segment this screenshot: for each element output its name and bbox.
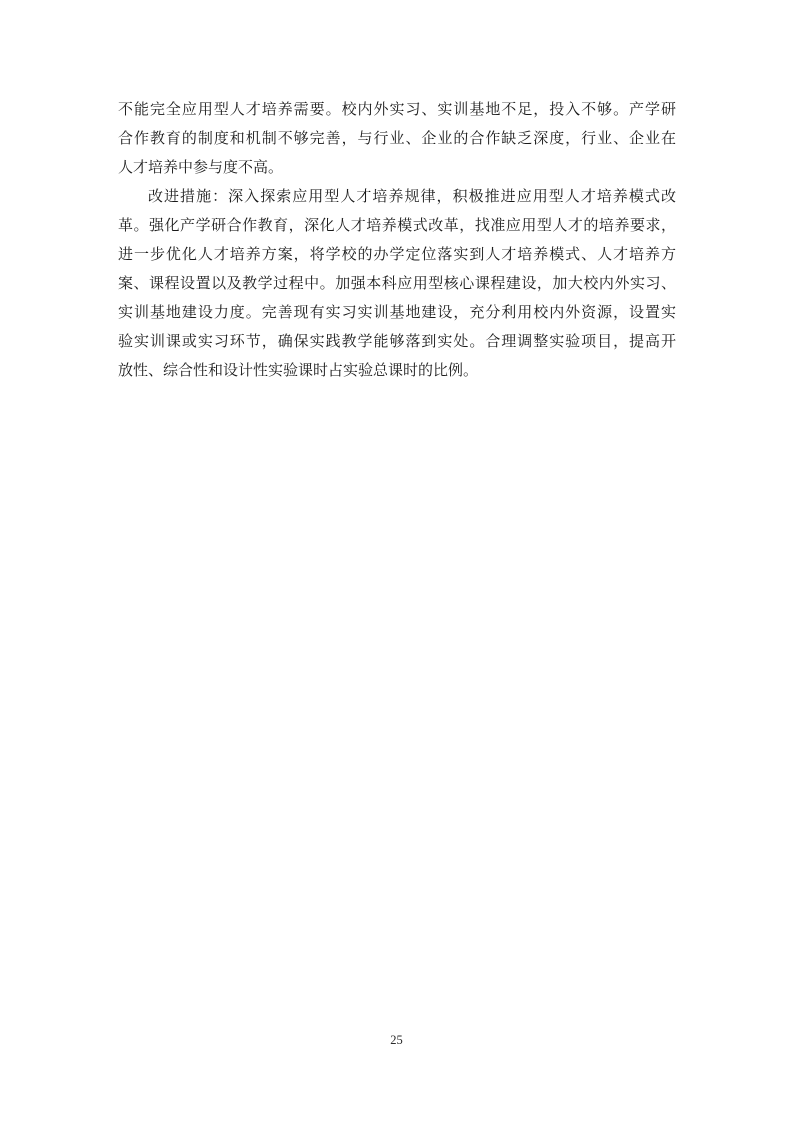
text-line: 革。强化产学研合作教育，深化人才培养模式改革，找准应用型人才的培养要求，: [118, 212, 676, 241]
document-page: 不能完全应用型人才培养需要。校内外实习、实训基地不足，投入不够。产学研 合作教育…: [0, 0, 793, 1122]
text-line: 不能完全应用型人才培养需要。校内外实习、实训基地不足，投入不够。产学研: [118, 96, 676, 125]
paragraph-2: 改进措施：深入探索应用型人才培养规律，积极推进应用型人才培养模式改 革。强化产学…: [118, 183, 676, 386]
body-text: 不能完全应用型人才培养需要。校内外实习、实训基地不足，投入不够。产学研 合作教育…: [118, 96, 676, 386]
text-line: 进一步优化人才培养方案，将学校的办学定位落实到人才培养模式、人才培养方: [118, 241, 676, 270]
text-line: 人才培养中参与度不高。: [118, 154, 676, 183]
text-line: 合作教育的制度和机制不够完善，与行业、企业的合作缺乏深度，行业、企业在: [118, 125, 676, 154]
text-line: 放性、综合性和设计性实验课时占实验总课时的比例。: [118, 357, 676, 386]
text-line: 案、课程设置以及教学过程中。加强本科应用型核心课程建设，加大校内外实习、: [118, 270, 676, 299]
text-line: 实训基地建设力度。完善现有实习实训基地建设，充分利用校内外资源，设置实: [118, 299, 676, 328]
page-number: 25: [0, 1033, 793, 1048]
paragraph-1: 不能完全应用型人才培养需要。校内外实习、实训基地不足，投入不够。产学研 合作教育…: [118, 96, 676, 183]
text-line: 改进措施：深入探索应用型人才培养规律，积极推进应用型人才培养模式改: [118, 183, 676, 212]
text-line: 验实训课或实习环节，确保实践教学能够落到实处。合理调整实验项目，提高开: [118, 328, 676, 357]
